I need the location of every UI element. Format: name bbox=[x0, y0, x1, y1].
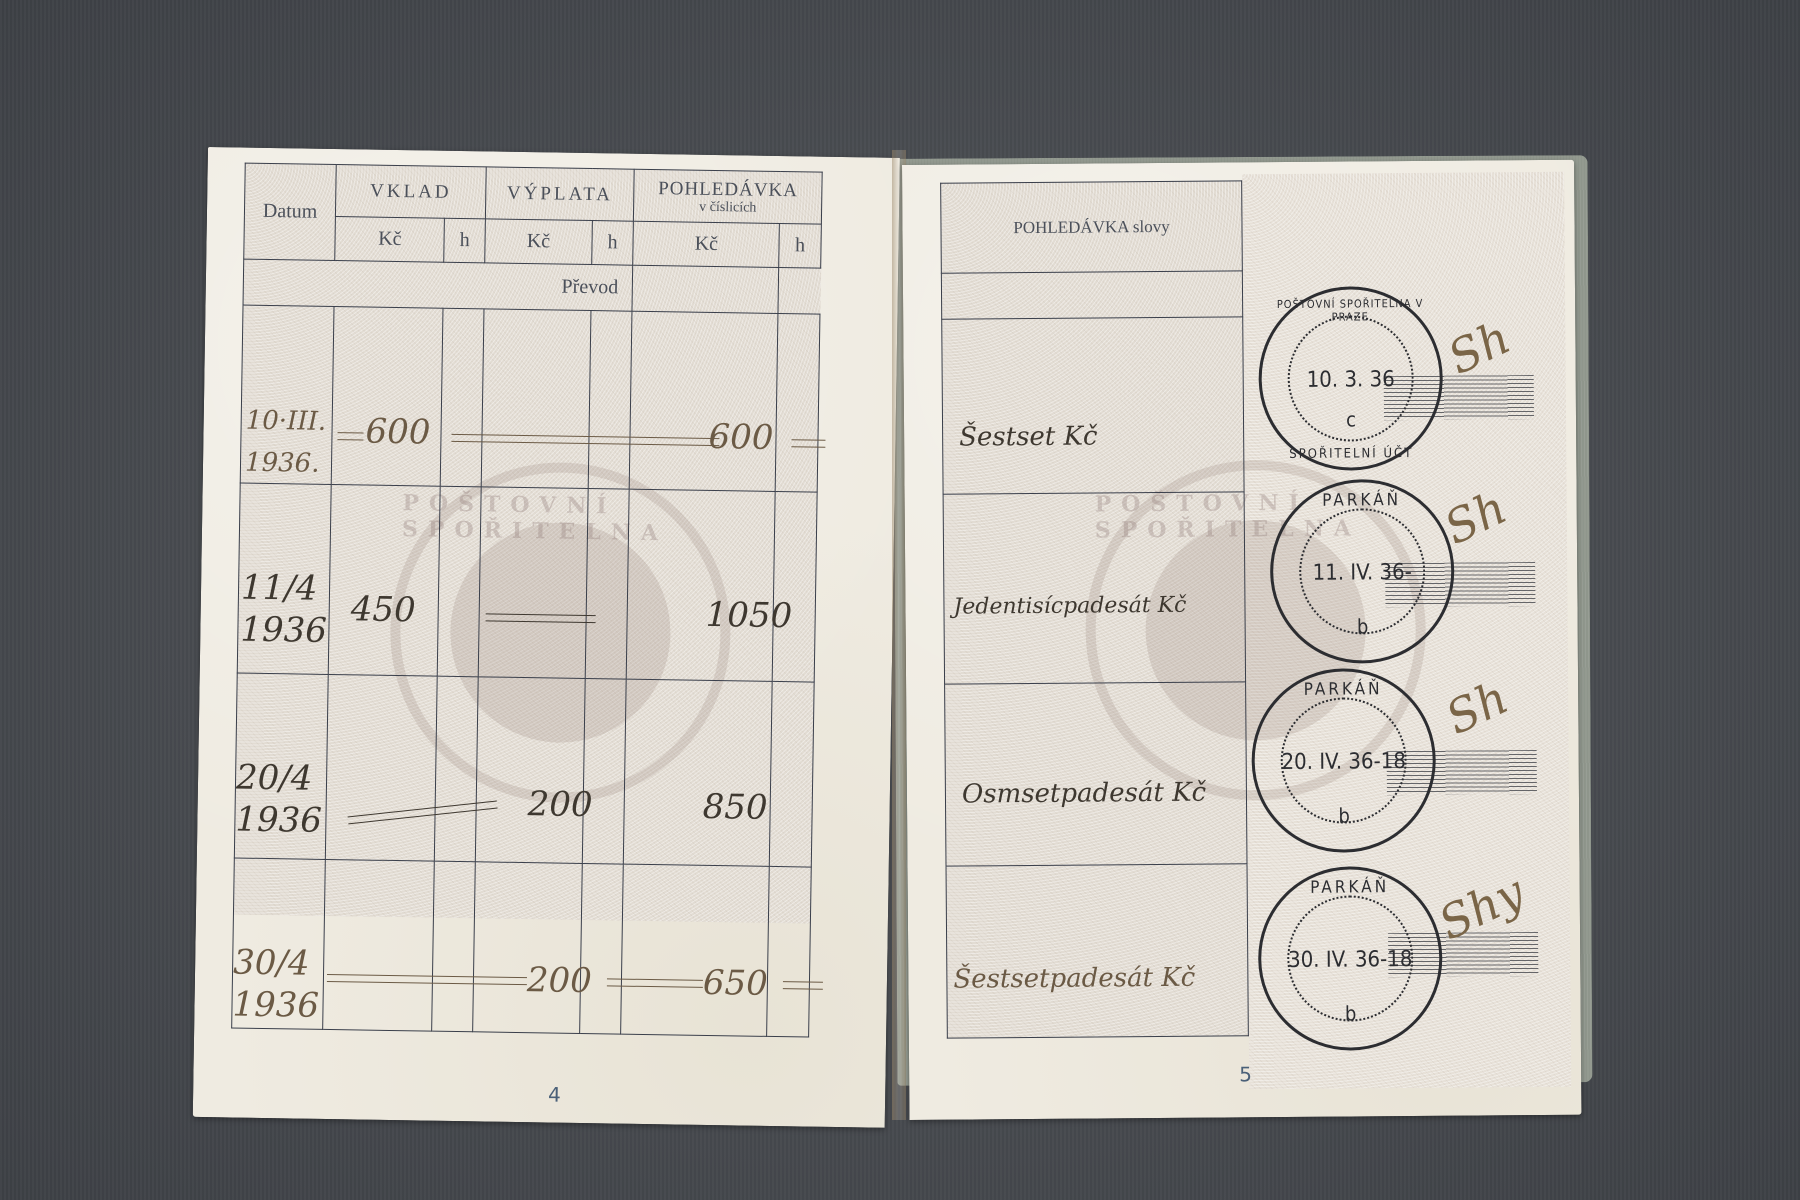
row3-date-year: 1936 bbox=[235, 800, 322, 841]
postmark-stamp: PARKÁŇ 20. IV. 36-18 b bbox=[1251, 668, 1436, 853]
ledger-row bbox=[237, 483, 817, 682]
prevod-row: Převod bbox=[243, 259, 633, 311]
pohledavka-slovy-header: POHLEDÁVKA slovy bbox=[941, 181, 1243, 273]
row3-date-day: 20/4 bbox=[236, 758, 313, 799]
datum-header: Datum bbox=[244, 163, 337, 260]
words-row bbox=[943, 492, 1245, 684]
words-row bbox=[946, 864, 1248, 1038]
postmark-stamp: PARKÁŇ 11. IV. 36- b bbox=[1269, 479, 1454, 664]
pohledavka-h-header: h bbox=[779, 223, 821, 268]
vklad-kc-header: Kč bbox=[335, 217, 445, 263]
words-row bbox=[942, 317, 1244, 494]
row4-vyplata: 200 bbox=[527, 960, 593, 1001]
row4-dash bbox=[607, 978, 703, 988]
row4-dash bbox=[783, 981, 823, 990]
row2-dash bbox=[486, 613, 596, 623]
row4-date-year: 1936 bbox=[232, 984, 319, 1025]
vyplata-h-header: h bbox=[592, 221, 634, 266]
row2-vklad: 450 bbox=[350, 589, 416, 630]
row1-vklad: 600 bbox=[365, 412, 431, 453]
postmark-stamp: POŠTOVNÍ SPOŘITELNA V PRAZE 10. 3. 36 c … bbox=[1258, 286, 1443, 471]
row3-amount-words: Osmsetpadesát Kč bbox=[962, 778, 1206, 810]
row2-pohledavka: 1050 bbox=[705, 595, 792, 636]
vklad-header: VKLAD bbox=[336, 165, 487, 219]
pohledavka-header: POHLEDÁVKA v číslicích bbox=[634, 169, 822, 224]
postmark-stamp: PARKÁŇ 30. IV. 36-18 b bbox=[1258, 866, 1443, 1051]
row2-amount-words: Jedentisícpadesát Kč bbox=[953, 593, 1186, 620]
row1-amount-words: Šestset Kč bbox=[959, 421, 1098, 452]
row1-date-year: 1936. bbox=[245, 448, 320, 479]
page-number-left: 4 bbox=[548, 1082, 561, 1106]
pohledavka-kc-header: Kč bbox=[633, 221, 780, 267]
row4-amount-words: Šestsetpadesát Kč bbox=[953, 963, 1195, 995]
row1-pohledavka: 600 bbox=[708, 417, 774, 458]
right-page: POŠTOVNÍ SPOŘITELNA POHLEDÁVKA slovy Šes… bbox=[902, 160, 1581, 1120]
row1-dash bbox=[791, 439, 825, 448]
row1-date-day: 10·III. bbox=[245, 406, 326, 437]
row1-dash bbox=[337, 432, 363, 440]
row3-pohledavka: 850 bbox=[702, 787, 768, 828]
ledger-row bbox=[240, 305, 820, 492]
row2-date-day: 11/4 bbox=[241, 568, 318, 609]
left-page: POŠTOVNÍ SPOŘITELNA Datum VKLAD VÝPLATA … bbox=[193, 147, 900, 1128]
words-row bbox=[945, 682, 1247, 866]
row3-vyplata: 200 bbox=[527, 784, 593, 825]
page-number-right: 5 bbox=[1239, 1062, 1252, 1086]
vklad-h-header: h bbox=[444, 218, 485, 263]
vyplata-header: VÝPLATA bbox=[485, 167, 634, 221]
row2-date-year: 1936 bbox=[240, 610, 327, 651]
row4-pohledavka: 650 bbox=[703, 963, 769, 1004]
vyplata-kc-header: Kč bbox=[485, 219, 593, 265]
row4-date-day: 30/4 bbox=[233, 942, 310, 983]
